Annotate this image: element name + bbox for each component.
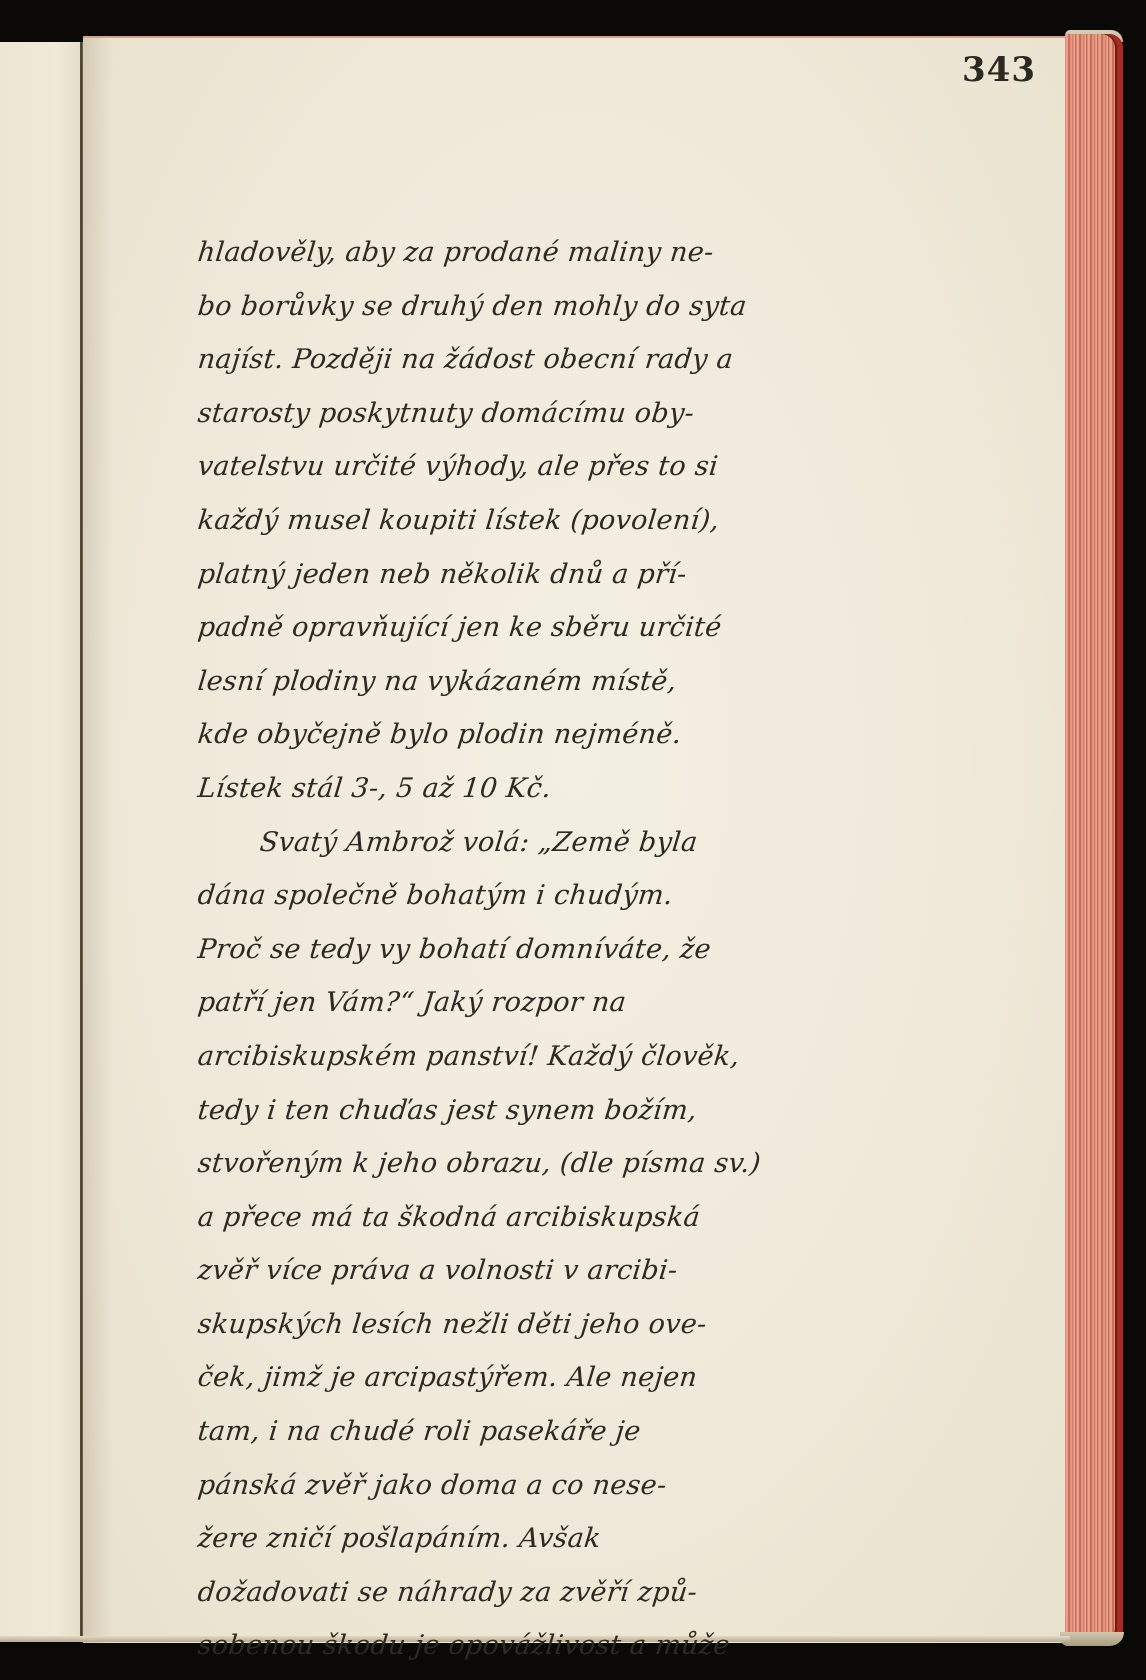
text-line: dožadovati se náhrady za zvěří způ-: [195, 1566, 881, 1620]
red-page-fore-edge: [1065, 34, 1123, 1644]
text-line: lesní plodiny na vykázaném místě,: [195, 655, 881, 709]
text-line: kde obyčejně bylo plodin nejméně.: [195, 708, 881, 762]
text-line: každý musel koupiti lístek (povolení),: [195, 494, 881, 548]
text-line: Lístek stál 3-, 5 až 10 Kč.: [195, 762, 881, 816]
text-line: pánská zvěř jako doma a co nese-: [195, 1459, 881, 1513]
text-line: bo borůvky se druhý den mohly do syta: [195, 280, 881, 334]
handwritten-text-block: hladověly, aby za prodané maliny ne- bo …: [195, 226, 875, 1673]
text-line: Proč se tedy vy bohatí domníváte, že: [195, 923, 881, 977]
text-line: arcibiskupském panství! Každý člověk,: [195, 1030, 881, 1084]
paragraph-start-line: Svatý Ambrož volá: „Země byla: [195, 816, 881, 870]
text-line: skupských lesích nežli děti jeho ove-: [195, 1298, 881, 1352]
text-line: najíst. Později na žádost obecní rady a: [195, 333, 881, 387]
text-line: sobenou škodu je opovážlivost a může: [195, 1619, 881, 1673]
text-line: starosty poskytnuty domácímu oby-: [195, 387, 881, 441]
text-line: žere zničí pošlapáním. Avšak: [195, 1512, 881, 1566]
scanned-book-spread: 343 hladověly, aby za prodané maliny ne-…: [0, 0, 1146, 1680]
text-line: padně opravňující jen ke sběru určité: [195, 601, 881, 655]
text-line: patří jen Vám?“ Jaký rozpor na: [195, 976, 881, 1030]
text-line: ček, jimž je arcipastýřem. Ale nejen: [195, 1351, 881, 1405]
text-line: hladověly, aby za prodané maliny ne-: [195, 226, 881, 280]
text-line: dána společně bohatým i chudým.: [195, 869, 881, 923]
text-line: tam, i na chudé roli pasekáře je: [195, 1405, 881, 1459]
page-number: 343: [962, 50, 1036, 90]
text-line: a přece má ta škodná arcibiskupská: [195, 1191, 881, 1245]
text-line: zvěř více práva a volnosti v arcibi-: [195, 1244, 881, 1298]
text-line: platný jeden neb několik dnů a pří-: [195, 548, 881, 602]
text-line: vatelstvu určité výhody, ale přes to si: [195, 440, 881, 494]
text-line: stvořeným k jeho obrazu, (dle písma sv.): [195, 1137, 881, 1191]
text-line: tedy i ten chuďas jest synem božím,: [195, 1084, 881, 1138]
left-page-edge: [0, 42, 82, 1637]
